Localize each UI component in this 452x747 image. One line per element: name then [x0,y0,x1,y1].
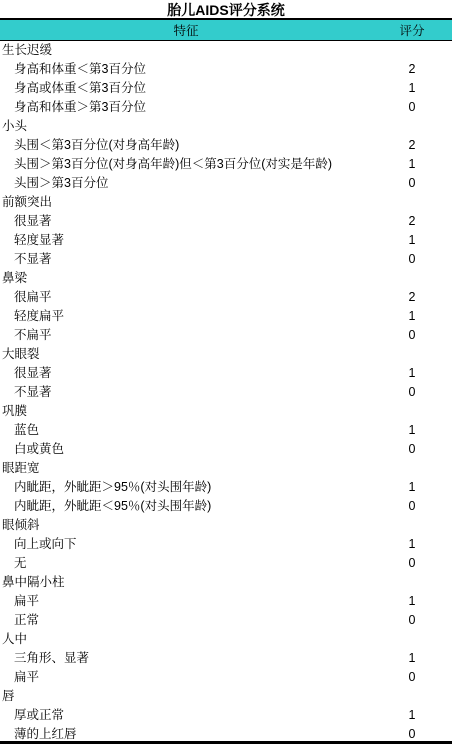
feature-label: 内眦距，外眦距＞95％(对头围年龄) [0,478,372,497]
table-row: 很扁平2 [0,288,452,307]
score-value: 1 [372,307,452,326]
feature-label: 无 [0,554,372,573]
section-header-row: 人中 [0,630,452,649]
table-row: 不显著0 [0,383,452,402]
section-name: 大眼裂 [0,345,372,364]
feature-label: 身高或体重＜第3百分位 [0,79,372,98]
score-value: 1 [372,421,452,440]
score-value: 1 [372,79,452,98]
table-row: 厚或正常1 [0,706,452,725]
table-body: 生长迟缓身高和体重＜第3百分位2身高或体重＜第3百分位1身高和体重＞第3百分位0… [0,41,452,744]
score-value: 1 [372,478,452,497]
feature-label: 身高和体重＞第3百分位 [0,98,372,117]
table-row: 蓝色1 [0,421,452,440]
table-row: 身高和体重＜第3百分位2 [0,60,452,79]
score-value: 1 [372,535,452,554]
score-value: 0 [372,725,452,744]
section-name: 鼻梁 [0,269,372,288]
score-value: 1 [372,592,452,611]
scoring-table: 特征 评分 生长迟缓身高和体重＜第3百分位2身高或体重＜第3百分位1身高和体重＞… [0,18,452,744]
score-value: 0 [372,326,452,345]
page-title: 胎儿AIDS评分系统 [0,0,452,18]
section-name: 巩膜 [0,402,372,421]
score-value: 0 [372,554,452,573]
feature-label: 三角形、显著 [0,649,372,668]
table-row: 很显著1 [0,364,452,383]
table-row: 轻度扁平1 [0,307,452,326]
feature-label: 向上或向下 [0,535,372,554]
table-row: 不显著0 [0,250,452,269]
table-header-row: 特征 评分 [0,18,452,41]
table-row: 向上或向下1 [0,535,452,554]
table-row: 内眦距，外眦距＞95％(对头围年龄)1 [0,478,452,497]
section-header-row: 生长迟缓 [0,41,452,60]
section-name: 唇 [0,687,372,706]
feature-label: 内眦距，外眦距＜95％(对头围年龄) [0,497,372,516]
table-row: 不扁平0 [0,326,452,345]
feature-label: 厚或正常 [0,706,372,725]
table-row: 内眦距，外眦距＜95％(对头围年龄)0 [0,497,452,516]
table-row: 无0 [0,554,452,573]
section-header-row: 鼻中隔小柱 [0,573,452,592]
section-header-row: 鼻梁 [0,269,452,288]
feature-label: 白或黄色 [0,440,372,459]
section-name: 小头 [0,117,372,136]
section-name: 鼻中隔小柱 [0,573,372,592]
score-value: 1 [372,364,452,383]
table-row: 轻度显著1 [0,231,452,250]
feature-label: 不显著 [0,383,372,402]
section-header-row: 大眼裂 [0,345,452,364]
feature-label: 很扁平 [0,288,372,307]
section-name: 前额突出 [0,193,372,212]
score-value: 0 [372,98,452,117]
feature-label: 身高和体重＜第3百分位 [0,60,372,79]
section-name: 人中 [0,630,372,649]
table-row: 扁平1 [0,592,452,611]
feature-label: 很显著 [0,212,372,231]
feature-label: 轻度扁平 [0,307,372,326]
feature-label: 扁平 [0,592,372,611]
score-value: 2 [372,288,452,307]
score-value: 0 [372,497,452,516]
feature-label: 蓝色 [0,421,372,440]
table-row: 头围＞第3百分位(对身高年龄)但＜第3百分位(对实是年龄)1 [0,155,452,174]
feature-label: 头围＞第3百分位 [0,174,372,193]
table-row: 头围＜第3百分位(对身高年龄)2 [0,136,452,155]
feature-label: 不扁平 [0,326,372,345]
section-header-row: 唇 [0,687,452,706]
score-value: 0 [372,174,452,193]
section-header-row: 前额突出 [0,193,452,212]
table-row: 很显著2 [0,212,452,231]
feature-label: 正常 [0,611,372,630]
score-value: 2 [372,212,452,231]
section-header-row: 眼距宽 [0,459,452,478]
section-name: 眼距宽 [0,459,372,478]
feature-label: 头围＜第3百分位(对身高年龄) [0,136,372,155]
section-header-row: 小头 [0,117,452,136]
section-name: 眼倾斜 [0,516,372,535]
feature-column-header: 特征 [0,21,372,39]
score-value: 2 [372,136,452,155]
table-row: 头围＞第3百分位0 [0,174,452,193]
score-value: 0 [372,383,452,402]
score-value: 1 [372,231,452,250]
score-value: 1 [372,155,452,174]
feature-label: 很显著 [0,364,372,383]
feature-label: 薄的上红唇 [0,725,372,744]
score-value: 2 [372,60,452,79]
score-value: 0 [372,440,452,459]
page-root: 胎儿AIDS评分系统 特征 评分 生长迟缓身高和体重＜第3百分位2身高或体重＜第… [0,0,452,747]
section-header-row: 巩膜 [0,402,452,421]
table-row: 身高和体重＞第3百分位0 [0,98,452,117]
score-value: 1 [372,649,452,668]
table-row: 白或黄色0 [0,440,452,459]
score-value: 1 [372,706,452,725]
feature-label: 扁平 [0,668,372,687]
score-value: 0 [372,668,452,687]
table-row: 薄的上红唇0 [0,725,452,744]
section-name: 生长迟缓 [0,41,372,60]
feature-label: 轻度显著 [0,231,372,250]
feature-label: 不显著 [0,250,372,269]
section-header-row: 眼倾斜 [0,516,452,535]
score-value: 0 [372,611,452,630]
table-row: 身高或体重＜第3百分位1 [0,79,452,98]
table-row: 正常0 [0,611,452,630]
score-column-header: 评分 [372,21,452,39]
table-row: 三角形、显著1 [0,649,452,668]
feature-label: 头围＞第3百分位(对身高年龄)但＜第3百分位(对实是年龄) [0,155,372,174]
table-row: 扁平0 [0,668,452,687]
score-value: 0 [372,250,452,269]
